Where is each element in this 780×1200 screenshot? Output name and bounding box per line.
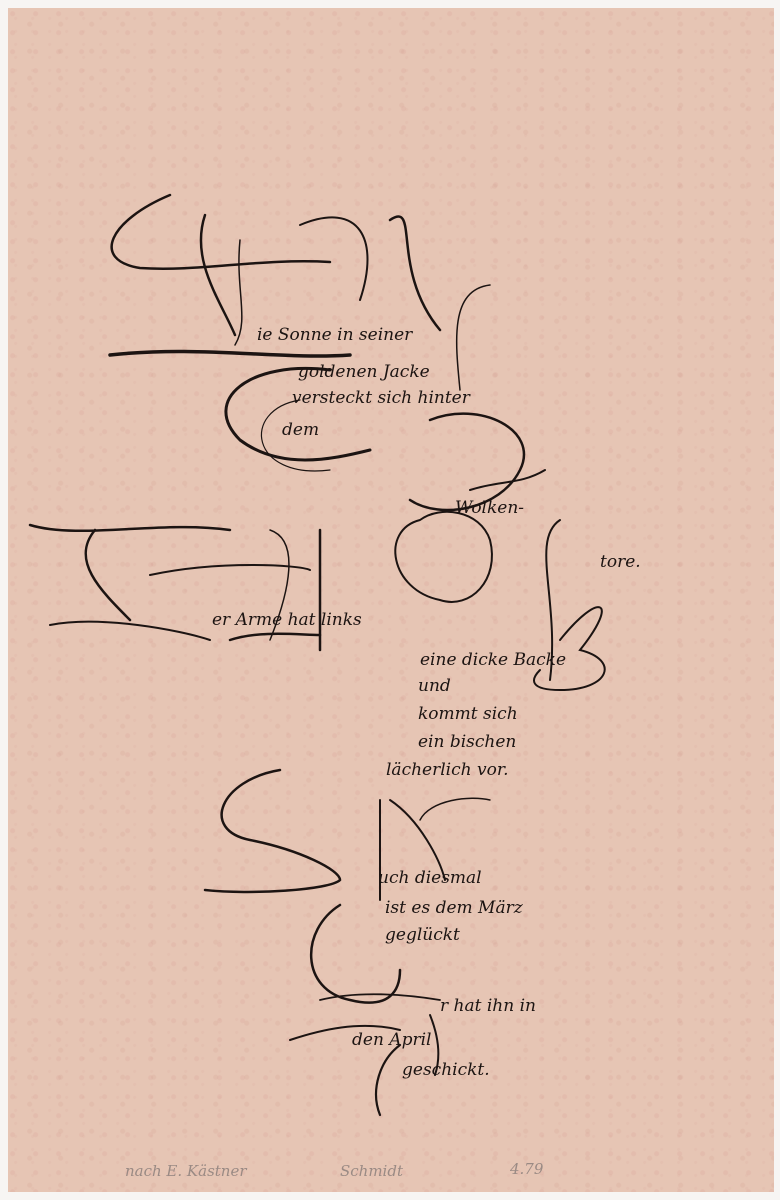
stanza-1-line-3: versteckt sich hinter [292, 388, 470, 408]
stanza-1-line-4: dem [282, 420, 319, 440]
stanza-2-line-5: ein bischen [418, 732, 516, 752]
stanza-2-line-3: und [418, 676, 451, 696]
pencil-date: 4.79 [510, 1160, 543, 1178]
pencil-signature: Schmidt [340, 1162, 403, 1180]
stanza-1-line-5: Wolken- [455, 498, 524, 518]
calligraphic-flourishes [0, 0, 780, 1200]
stanza-4-line-1: r hat ihn in [440, 996, 536, 1016]
stanza-3-line-1: uch diesmal [378, 868, 482, 888]
stanza-2-line-6: lächerlich vor. [386, 760, 508, 780]
stanza-1-line-2: goldenen Jacke [298, 362, 430, 382]
stanza-1-line-1: ie Sonne in seiner [257, 325, 412, 345]
stanza-2-line-1: er Arme hat links [212, 610, 362, 630]
pencil-attribution: nach E. Kästner [125, 1162, 247, 1180]
stanza-4-line-3: geschickt. [402, 1060, 490, 1080]
stanza-1-line-6: tore. [600, 552, 641, 572]
stanza-4-line-2: den April [352, 1030, 431, 1050]
stanza-2-line-4: kommt sich [418, 704, 518, 724]
stanza-3-line-2: ist es dem März [385, 898, 523, 918]
stanza-3-line-3: geglückt [385, 925, 460, 945]
stanza-2-line-2: eine dicke Backe [420, 650, 566, 670]
